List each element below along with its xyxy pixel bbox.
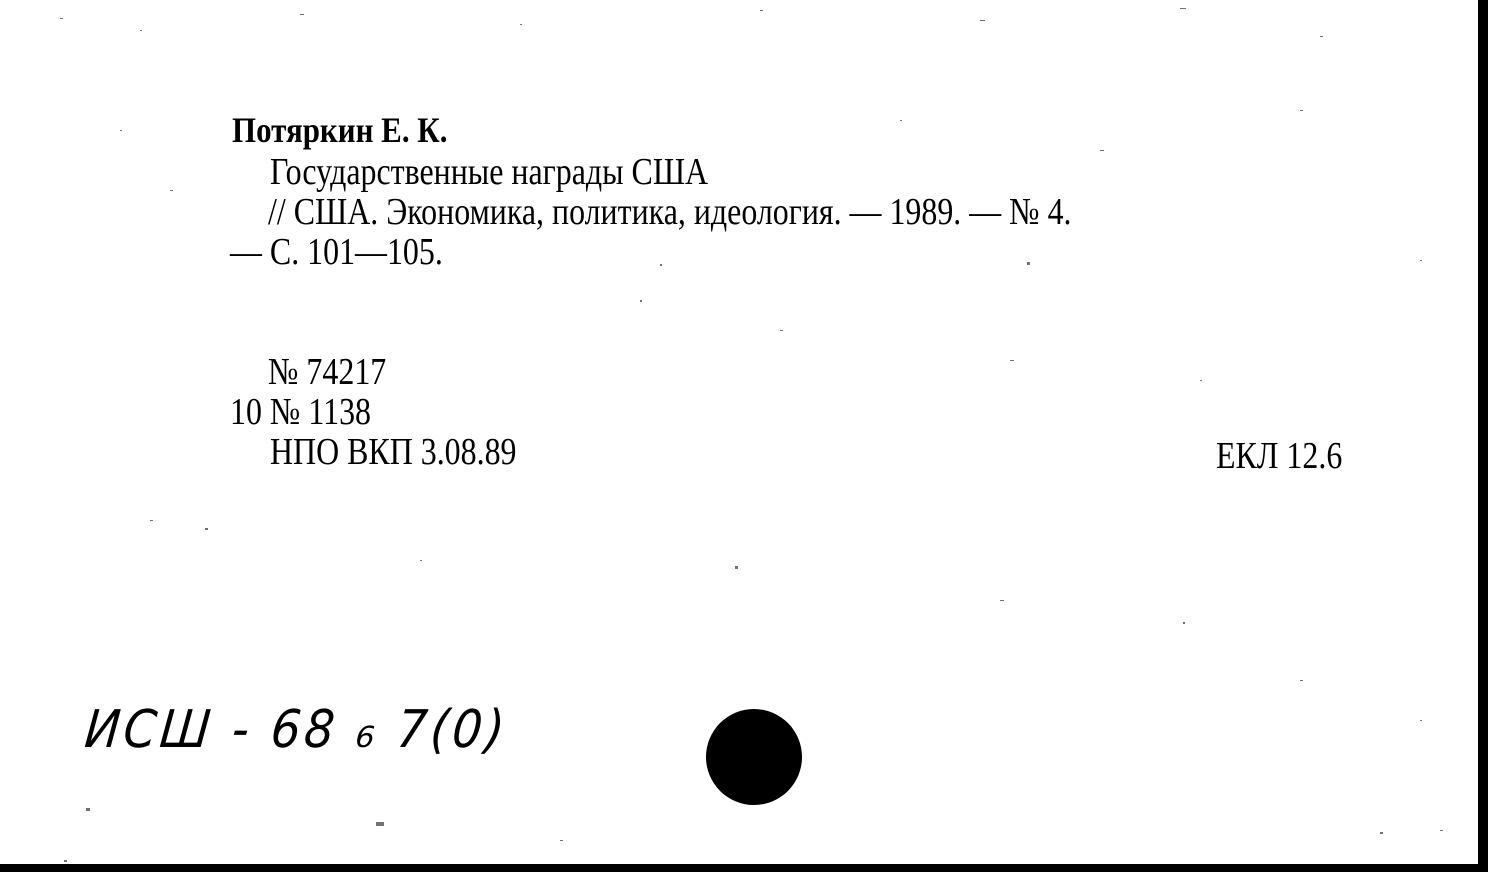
page-range: — С. 101—105.: [230, 232, 443, 272]
source-citation: // США. Экономика, политика, идеология. …: [268, 192, 1072, 232]
copy-number: 10 № 1138: [230, 392, 371, 432]
accession-number: № 74217: [268, 352, 386, 392]
author-name: Потяркин Е. К.: [232, 110, 447, 150]
handwritten-shelfmark: ИСШ - 68 ₆ 7(0): [82, 700, 510, 760]
publisher-line: НПО ВКП 3.08.89: [270, 432, 517, 472]
work-title: Государственные награды США: [270, 152, 708, 192]
punch-hole-icon: [706, 709, 802, 805]
classification-code: ЕКЛ 12.6: [1216, 436, 1342, 476]
catalog-card: Потяркин Е. К. Государственные награды С…: [0, 0, 1488, 872]
